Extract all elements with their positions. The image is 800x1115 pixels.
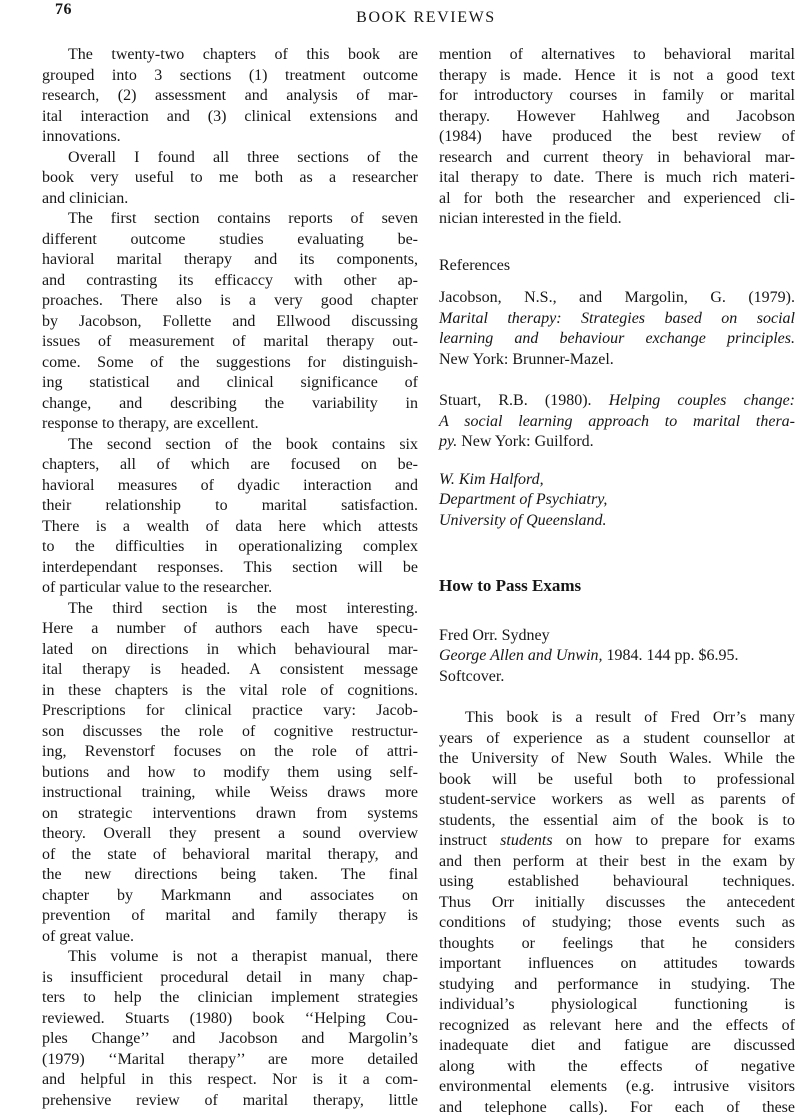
text-line: research, (2) assessment and analysis of… — [42, 86, 418, 107]
text-line: book very useful to me both as a researc… — [42, 168, 418, 189]
text-line: reviewed. Stuarts (1980) book ‘‘Helping … — [42, 1009, 418, 1030]
text-line: different outcome studies evaluating be- — [42, 230, 418, 251]
text-line: ital therapy is headed. A consistent mes… — [42, 660, 418, 681]
text-line: The first section contains reports of se… — [42, 209, 418, 230]
text-line: therapy. However Hahlweg and Jacobson — [439, 107, 795, 128]
text-line: This volume is not a therapist manual, t… — [42, 947, 418, 968]
text-line: environmental elements (e.g. intrusive v… — [439, 1077, 795, 1098]
text-line: to the difficulties in operationalizing … — [42, 537, 418, 558]
text-line: change, and describing the variability i… — [42, 394, 418, 415]
text-line: Prescriptions for clinical practice vary… — [42, 701, 418, 722]
text-line: research and current theory in behaviora… — [439, 148, 795, 169]
text-line: George Allen and Unwin, 1984. 144 pp. $6… — [439, 646, 795, 667]
book-details: Fred Orr. SydneyGeorge Allen and Unwin, … — [439, 626, 795, 688]
text-line: and clinician. — [42, 189, 418, 210]
text-line: lated on directions in which behavioural… — [42, 640, 418, 661]
text-line: recognized as relevant here and the effe… — [439, 1016, 795, 1037]
text-line: havioral marital therapy and its compone… — [42, 250, 418, 271]
text-line: chapter by Markmann and associates on — [42, 886, 418, 907]
text-line: issues of measurement of marital therapy… — [42, 332, 418, 353]
text-line: prehensive review of marital therapy, li… — [42, 1091, 418, 1112]
text-line: Thus Orr initially discusses the anteced… — [439, 893, 795, 914]
text-line: inadequate diet and fatigue are discusse… — [439, 1036, 795, 1057]
text-line: on strategic interventions drawn from sy… — [42, 804, 418, 825]
journal-page: 76 BOOK REVIEWS The twenty-two chapters … — [0, 0, 800, 1115]
text-line: and then perform at their best in the ex… — [439, 852, 795, 873]
paragraph-third-section: The third section is the most interestin… — [42, 599, 418, 948]
text-line: ital interaction and (3) clinical extens… — [42, 107, 418, 128]
paragraph-orr-review: This book is a result of Fred Orr’s many… — [439, 708, 795, 1115]
reviewer-signature: W. Kim Halford,Department of Psychiatry,… — [439, 470, 795, 532]
text-line: (1979) ‘‘Marital therapy’’ are more deta… — [42, 1050, 418, 1071]
text-line: butions and how to modify them using sel… — [42, 763, 418, 784]
paragraph-first-section: The first section contains reports of se… — [42, 209, 418, 435]
text-line: This book is a result of Fred Orr’s many — [439, 708, 795, 729]
text-line: son discusses the role of cognitive rest… — [42, 722, 418, 743]
text-line: The second section of the book contains … — [42, 435, 418, 456]
text-line: the new directions being taken. The fina… — [42, 865, 418, 886]
text-line: is insufficient procedural detail in man… — [42, 968, 418, 989]
reference-entry-stuart: Stuart, R.B. (1980). Helping couples cha… — [439, 391, 795, 453]
text-line: Marital therapy: Strategies based on soc… — [439, 309, 795, 330]
text-line: py. New York: Guilford. — [439, 432, 795, 453]
text-line: proaches. There also is a very good chap… — [42, 291, 418, 312]
text-line: How to Pass Exams — [439, 576, 795, 597]
text-line: of particular value to the researcher. — [42, 578, 418, 599]
text-line: al for both the researcher and experienc… — [439, 189, 795, 210]
paragraph-overall: Overall I found all three sections of th… — [42, 148, 418, 210]
text-line: studying and performance in studying. Th… — [439, 975, 795, 996]
text-line: The twenty-two chapters of this book are — [42, 45, 418, 66]
paragraph-not-a-manual-continued: mention of alternatives to behavioral ma… — [439, 45, 795, 230]
paragraph-chapters-overview: The twenty-two chapters of this book are… — [42, 45, 418, 148]
text-line: important influences on attitudes toward… — [439, 954, 795, 975]
reference-entry-jacobson-margolin: Jacobson, N.S., and Margolin, G. (1979).… — [439, 288, 795, 370]
text-line: for introductory courses in family or ma… — [439, 86, 795, 107]
text-line: and contrasting its efficaccy with other… — [42, 271, 418, 292]
text-line: and telephone calls). For each of these — [439, 1098, 795, 1115]
text-line: instruct students on how to prepare for … — [439, 831, 795, 852]
text-line: their relationship to marital satisfacti… — [42, 496, 418, 517]
text-line: ters to help the clinician implement str… — [42, 988, 418, 1009]
text-line: W. Kim Halford, — [439, 470, 795, 491]
text-line: the University of New South Wales. While… — [439, 749, 795, 770]
text-line: students, the essential aim of the book … — [439, 811, 795, 832]
text-line: chapters, all of which are focused on be… — [42, 455, 418, 476]
text-line: Jacobson, N.S., and Margolin, G. (1979). — [439, 288, 795, 309]
left-column: The twenty-two chapters of this book are… — [42, 45, 418, 1111]
text-line: ples Change’’ and Jacobson and Margolin’… — [42, 1029, 418, 1050]
text-line: book will be useful both to professional — [439, 770, 795, 791]
text-line: instructional training, while Weiss draw… — [42, 783, 418, 804]
text-line: come. Some of the suggestions for distin… — [42, 353, 418, 374]
book-title-heading: How to Pass Exams — [439, 576, 795, 597]
text-line: References — [439, 256, 795, 277]
text-line: individual’s physiological functioning i… — [439, 995, 795, 1016]
text-line: theory. Overall they present a sound ove… — [42, 824, 418, 845]
text-line: ing statistical and clinical significanc… — [42, 373, 418, 394]
text-line: (1984) have produced the best review of — [439, 127, 795, 148]
text-line: There is a wealth of data here which att… — [42, 517, 418, 538]
text-line: Department of Psychiatry, — [439, 490, 795, 511]
references-heading: References — [439, 256, 795, 277]
text-line: and helpful in this respect. Nor is it a… — [42, 1070, 418, 1091]
text-line: interdependant responses. This section w… — [42, 558, 418, 579]
text-line: New York: Brunner-Mazel. — [439, 350, 795, 371]
text-line: of the state of behavioral marital thera… — [42, 845, 418, 866]
text-line: grouped into 3 sections (1) treatment ou… — [42, 66, 418, 87]
text-line: using established behavioural techniques… — [439, 872, 795, 893]
text-line: Stuart, R.B. (1980). Helping couples cha… — [439, 391, 795, 412]
text-line: The third section is the most interestin… — [42, 599, 418, 620]
text-line: of great value. — [42, 927, 418, 948]
text-line: innovations. — [42, 127, 418, 148]
paragraph-not-a-manual: This volume is not a therapist manual, t… — [42, 947, 418, 1111]
text-line: response to therapy, are excellent. — [42, 414, 418, 435]
text-line: thoughts or feelings that he considers — [439, 934, 795, 955]
text-line: ing, Revenstorf focuses on the role of a… — [42, 742, 418, 763]
text-line: in these chapters is the vital role of c… — [42, 681, 418, 702]
right-column: mention of alternatives to behavioral ma… — [439, 45, 795, 1115]
text-line: mention of alternatives to behavioral ma… — [439, 45, 795, 66]
text-line: student-service workers as well as paren… — [439, 790, 795, 811]
paragraph-second-section: The second section of the book contains … — [42, 435, 418, 599]
text-line: Overall I found all three sections of th… — [42, 148, 418, 169]
text-line: conditions of studying; those events suc… — [439, 913, 795, 934]
running-head: BOOK REVIEWS — [52, 8, 800, 29]
text-line: havioral measures of dyadic interaction … — [42, 476, 418, 497]
text-line: A social learning approach to marital th… — [439, 412, 795, 433]
text-line: Softcover. — [439, 667, 795, 688]
text-line: learning and behaviour exchange principl… — [439, 329, 795, 350]
text-line: Fred Orr. Sydney — [439, 626, 795, 647]
text-line: University of Queensland. — [439, 511, 795, 532]
text-line: years of experience as a student counsel… — [439, 729, 795, 750]
text-line: by Jacobson, Follette and Ellwood discus… — [42, 312, 418, 333]
text-line: prevention of marital and family therapy… — [42, 906, 418, 927]
text-line: ital therapy to date. There is much rich… — [439, 168, 795, 189]
text-line: therapy is made. Hence it is not a good … — [439, 66, 795, 87]
text-line: along with the effects of negative — [439, 1057, 795, 1078]
text-line: Here a number of authors each have specu… — [42, 619, 418, 640]
text-line: nician interested in the field. — [439, 209, 795, 230]
